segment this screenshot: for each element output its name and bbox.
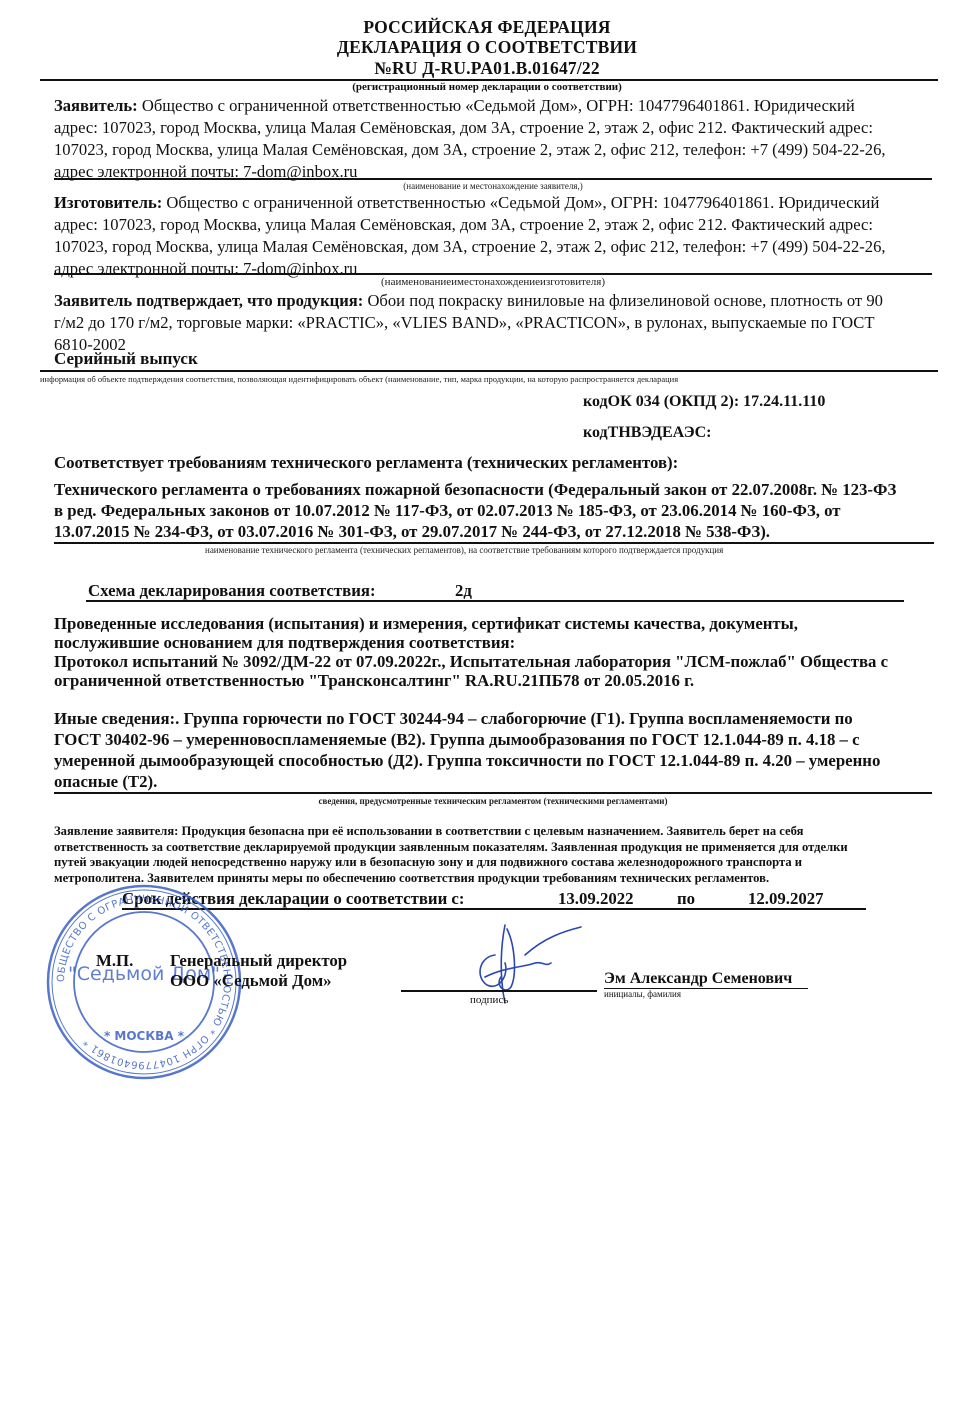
signature-line [401,990,597,992]
validity-to: 12.09.2027 [748,888,824,909]
scheme-value: 2д [455,580,472,601]
manufacturer-caption: (наименованиеиместонахождениеизготовител… [54,277,932,288]
validity-from: 13.09.2022 [558,888,634,909]
divider [54,792,932,794]
seal-place-label: М.П. [96,950,133,971]
applicant-statement: Заявление заявителя: Продукция безопасна… [54,824,964,886]
declaration-number: №RU Д-RU.PA01.B.01647/22 [0,58,974,78]
regulation-caption: наименование технического регламента (те… [205,545,905,556]
regulation-heading: Соответствует требованиям технического р… [54,452,678,473]
product-block: Заявитель подтверждает, что продукция: О… [54,290,954,356]
divider [54,178,932,180]
svg-text:* МОСКВА *: * МОСКВА * [104,1029,185,1043]
validity-to-word: по [677,888,695,909]
applicant-label: Заявитель: [54,96,138,115]
manufacturer-block: Изготовитель: Общество с ограниченной от… [54,192,954,280]
signer-name: Эм Александр Семенович [604,970,792,988]
applicant-caption: (наименование и местонахождение заявител… [54,181,932,192]
okpd-code: кодОК 034 (ОКПД 2): 17.24.11.110 [583,393,825,411]
number-caption: (регистрационный номер декларации о соот… [0,81,974,94]
signer-position: Генеральный директор [170,950,347,971]
product-caption: информация об объекте подтверждения соот… [40,374,940,385]
scheme-label: Схема декларирования соответствия: [88,580,376,601]
product-label: Заявитель подтверждает, что продукция: [54,291,363,310]
research-block: Проведенные исследования (испытания) и и… [54,614,964,690]
tnved-code: кодТНВЭДЕАЭС: [583,424,712,442]
serial-release: Серийный выпуск [54,349,198,369]
document-title: ДЕКЛАРАЦИЯ О СООТВЕТСТВИИ [0,37,974,57]
signer-company: ООО «Седьмой Дом» [170,970,332,991]
country-title: РОССИЙСКАЯ ФЕДЕРАЦИЯ [0,17,974,37]
other-info-block: Иные сведения:. Группа горючести по ГОСТ… [54,708,964,792]
name-caption: инициалы, фамилия [604,989,681,999]
divider [54,542,934,544]
signature-caption: подпись [470,994,508,1006]
other-info-caption: сведения, предусмотренные техническим ре… [54,796,932,807]
divider [86,600,904,602]
manufacturer-label: Изготовитель: [54,193,162,212]
applicant-block: Заявитель: Общество с ограниченной ответ… [54,95,954,183]
regulation-block: Технического регламента о требованиях по… [54,479,954,542]
divider [40,370,938,372]
divider [54,273,932,275]
